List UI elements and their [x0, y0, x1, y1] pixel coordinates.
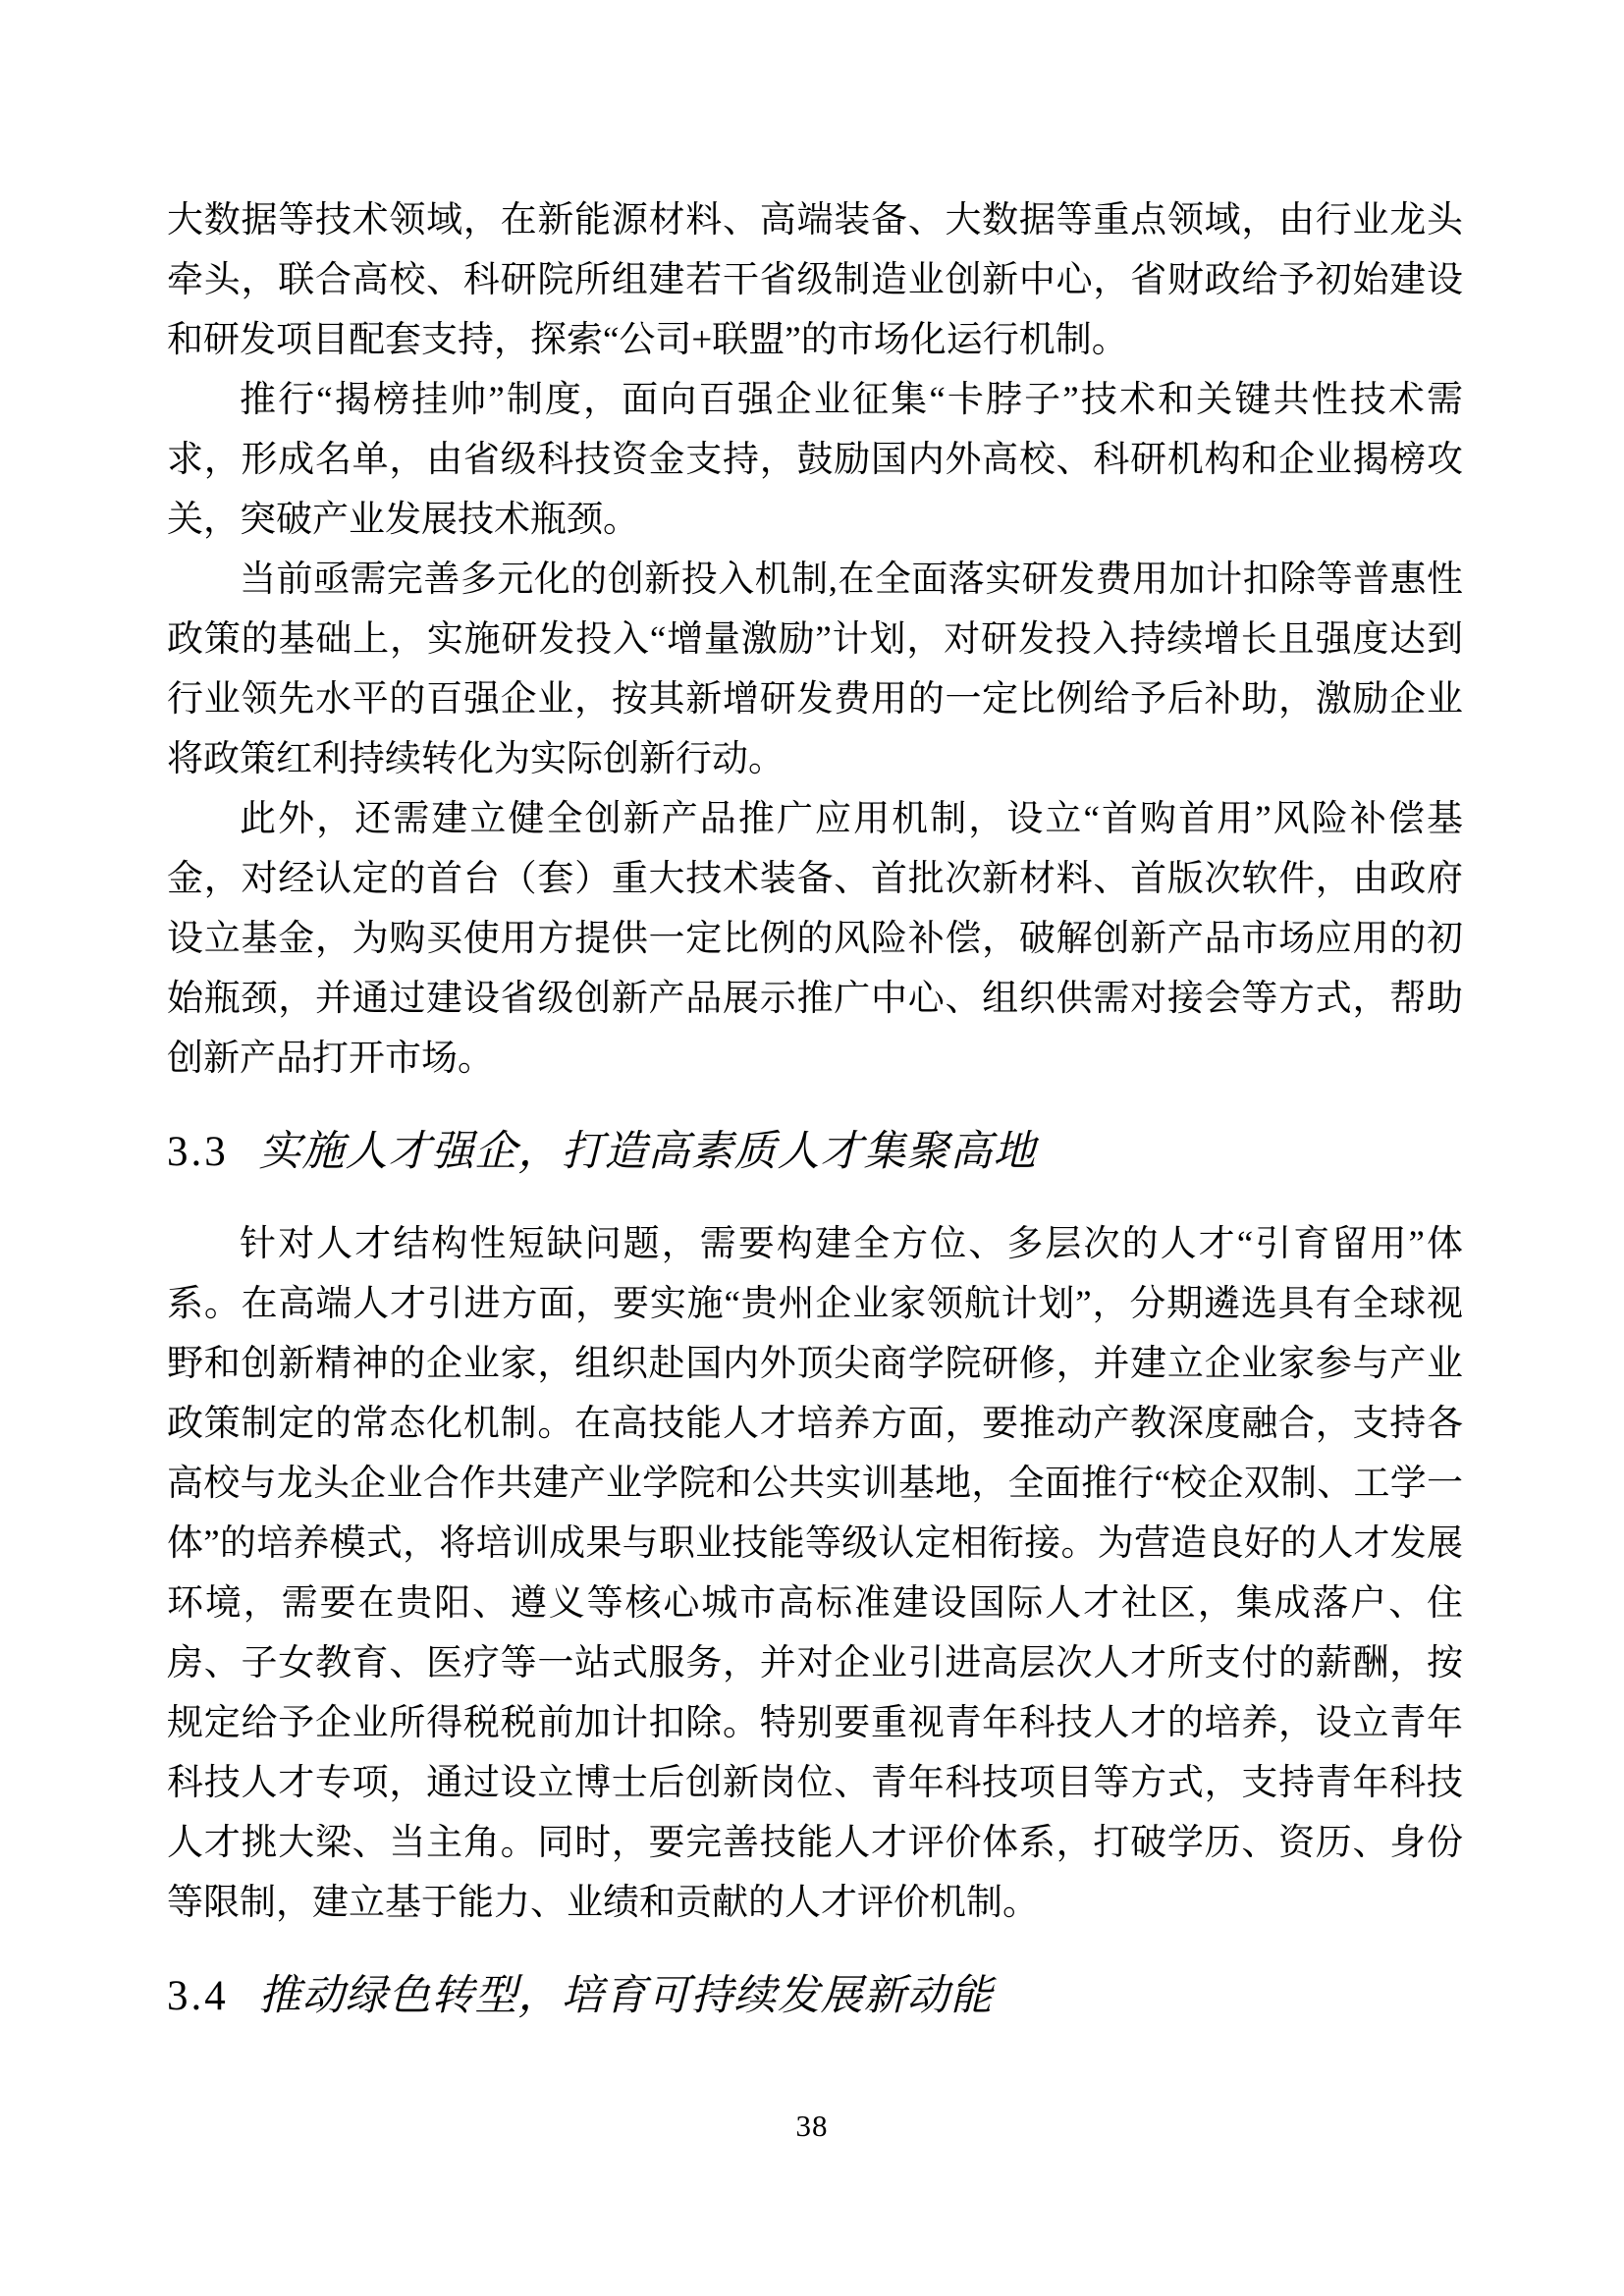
paragraph-innovation-centers: 大数据等技术领域，在新能源材料、高端装备、大数据等重点领域，由行业龙头牵头，联合…	[167, 190, 1463, 370]
document-page: 大数据等技术领域，在新能源材料、高端装备、大数据等重点领域，由行业龙头牵头，联合…	[0, 0, 1624, 2296]
page-content: 大数据等技术领域，在新能源材料、高端装备、大数据等重点领域，由行业龙头牵头，联合…	[167, 190, 1463, 2058]
page-footer: 38	[0, 2109, 1624, 2144]
section-3-3-title: 实施人才强企，打造高素质人才集聚高地	[259, 1129, 1037, 1175]
section-3-4-title: 推动绿色转型，培育可持续发展新动能	[259, 1973, 994, 2019]
paragraph-rd-investment-incentive: 当前亟需完善多元化的创新投入机制,在全面落实研发费用加计扣除等普惠性政策的基础上…	[167, 550, 1463, 789]
paragraph-talent-strategy: 针对人才结构性短缺问题，需要构建全方位、多层次的人才“引育留用”体系。在高端人才…	[167, 1214, 1463, 1933]
paragraph-innovation-product-promotion: 此外，还需建立健全创新产品推广应用机制，设立“首购首用”风险补偿基金，对经认定的…	[167, 789, 1463, 1089]
page-number: 38	[796, 2109, 829, 2143]
section-heading-3-3: 3.3 实施人才强企，打造高素质人才集聚高地	[167, 1118, 1463, 1187]
section-3-4-number: 3.4	[167, 1973, 229, 2019]
paragraph-jiebang-guashuai: 推行“揭榜挂帅”制度，面向百强企业征集“卡脖子”技术和关键共性技术需求，形成名单…	[167, 370, 1463, 550]
section-3-3-number: 3.3	[167, 1129, 229, 1175]
section-heading-3-4: 3.4 推动绿色转型，培育可持续发展新动能	[167, 1962, 1463, 2031]
